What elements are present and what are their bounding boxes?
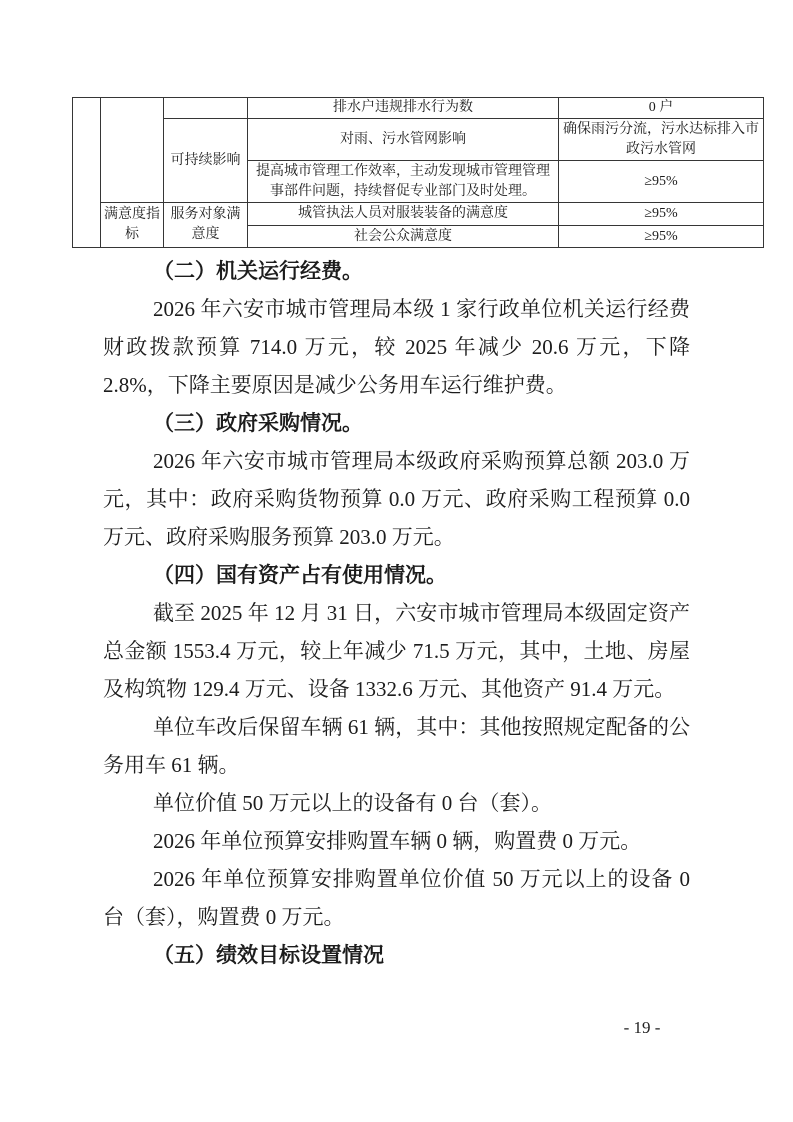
paragraph: 单位车改后保留车辆 61 辆，其中：其他按照规定配备的公务用车 61 辆。: [103, 708, 690, 784]
performance-indicators-table: 排水户违规排水行为数 0 户 可持续影响 对雨、污水管网影响 确保雨污分流，污水…: [72, 97, 764, 248]
document-page: 排水户违规排水行为数 0 户 可持续影响 对雨、污水管网影响 确保雨污分流，污水…: [0, 0, 793, 1122]
paragraph: 2026 年单位预算安排购置车辆 0 辆，购置费 0 万元。: [103, 822, 690, 860]
paragraph: 截至 2025 年 12 月 31 日，六安市城市管理局本级固定资产总金额 15…: [103, 594, 690, 708]
table-cell-value: 确保雨污分流，污水达标排入市政污水管网: [559, 119, 764, 161]
table-cell-sustainability-label: 可持续影响: [164, 119, 248, 203]
table-cell-subcategory-empty: [164, 98, 248, 119]
paragraph: 2026 年六安市城市管理局本级 1 家行政单位机关运行经费财政拨款预算 714…: [103, 290, 690, 404]
page-number: - 19 -: [592, 1016, 692, 1040]
document-body: （二）机关运行经费。 2026 年六安市城市管理局本级 1 家行政单位机关运行经…: [103, 252, 690, 974]
table-cell-indicator: 城管执法人员对服装装备的满意度: [248, 203, 559, 226]
table-cell-value: ≥95%: [559, 226, 764, 248]
section-heading-state-assets: （四）国有资产占有使用情况。: [103, 556, 690, 594]
table-cell-left-group: [73, 98, 101, 248]
table-row: 可持续影响 对雨、污水管网影响 确保雨污分流，污水达标排入市政污水管网: [73, 119, 764, 161]
table-cell-value: 0 户: [559, 98, 764, 119]
section-heading-government-procurement: （三）政府采购情况。: [103, 404, 690, 442]
paragraph: 2026 年六安市城市管理局本级政府采购预算总额 203.0 万元，其中：政府采…: [103, 442, 690, 556]
table-row: 满意度指标 服务对象满意度 城管执法人员对服装装备的满意度 ≥95%: [73, 203, 764, 226]
table-cell-indicator: 排水户违规排水行为数: [248, 98, 559, 119]
table-cell-service-target-label: 服务对象满意度: [164, 203, 248, 248]
paragraph: 2026 年单位预算安排购置单位价值 50 万元以上的设备 0 台（套），购置费…: [103, 860, 690, 936]
table-cell-value: ≥95%: [559, 161, 764, 203]
table-cell-indicator: 对雨、污水管网影响: [248, 119, 559, 161]
section-heading-performance-goals: （五）绩效目标设置情况: [103, 936, 690, 974]
table-row: 排水户违规排水行为数 0 户: [73, 98, 764, 119]
table-cell-indicator: 提高城市管理工作效率，主动发现城市管理管理事部件问题，持续督促专业部门及时处理。: [248, 161, 559, 203]
table-cell-value: ≥95%: [559, 203, 764, 226]
table-cell-indicator: 社会公众满意度: [248, 226, 559, 248]
table-cell-satisfaction-group-label: 满意度指标: [101, 203, 164, 248]
paragraph: 单位价值 50 万元以上的设备有 0 台（套）。: [103, 784, 690, 822]
table-cell-category-empty: [101, 98, 164, 203]
section-heading-agency-operating-expense: （二）机关运行经费。: [103, 252, 690, 290]
